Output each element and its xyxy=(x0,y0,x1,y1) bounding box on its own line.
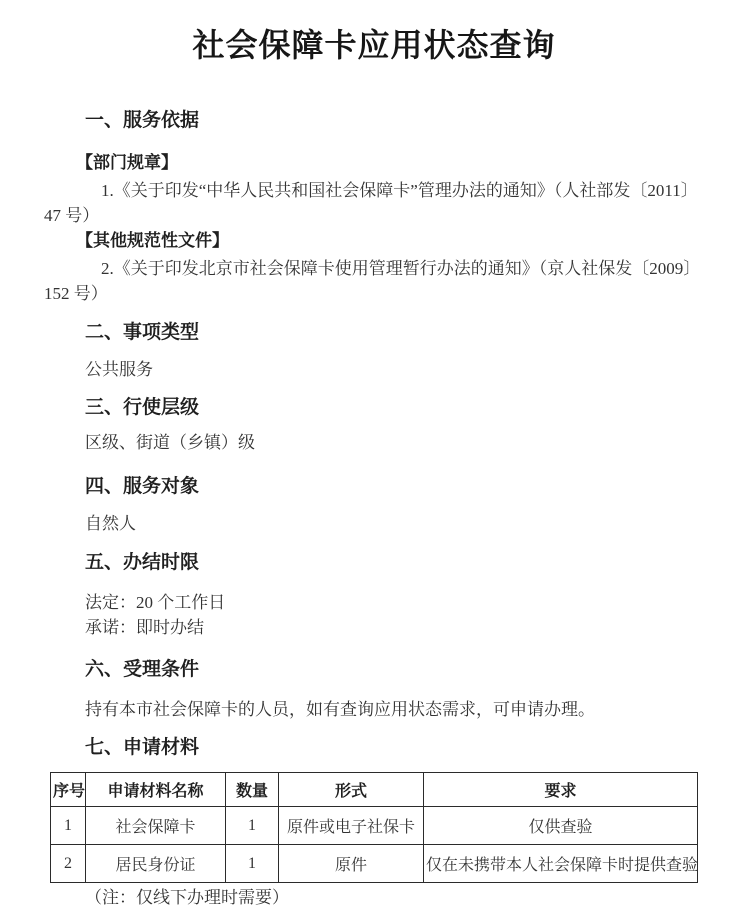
row-2-sequence: 2 xyxy=(51,845,86,883)
materials-table-row-1: 1 社会保障卡 1 原件或电子社保卡 仅供查验 xyxy=(51,807,698,845)
header-cell-sequence: 序号 xyxy=(51,773,86,807)
row-2-requirement: 仅在未携带本人社会保障卡时提供查验 xyxy=(424,845,698,883)
row-2-form: 原件 xyxy=(279,845,424,883)
row-1-sequence: 1 xyxy=(51,807,86,845)
section-heading-exercise-level: 三、行使层级 xyxy=(85,395,704,421)
document-page: 社会保障卡应用状态查询 一、服务依据 【部门规章】 1.《关于印发“中华人民共和… xyxy=(0,0,748,908)
row-2-quantity: 1 xyxy=(226,845,279,883)
section-heading-acceptance-conditions: 六、受理条件 xyxy=(85,657,704,683)
reference-2: 2.《关于印发北京市社会保障卡使用管理暂行办法的通知》（京人社保发〔2009〕 … xyxy=(44,256,704,306)
row-1-form: 原件或电子社保卡 xyxy=(279,807,424,845)
document-title: 社会保障卡应用状态查询 xyxy=(44,28,704,62)
reference-2-line-2: 152 号） xyxy=(44,281,704,306)
materials-table-note: （注：仅线下办理时需要） xyxy=(85,887,704,908)
header-cell-form: 形式 xyxy=(279,773,424,807)
section-heading-application-materials: 七、申请材料 xyxy=(85,735,704,761)
reference-1-line-1: 1.《关于印发“中华人民共和国社会保障卡”管理办法的通知》（人社部发〔2011〕 xyxy=(44,178,704,203)
exercise-level-value: 区级、街道（乡镇）级 xyxy=(85,431,704,455)
materials-table: 序号 申请材料名称 数量 形式 要求 1 社会保障卡 1 原件或电子社保卡 仅供… xyxy=(50,772,698,883)
header-cell-quantity: 数量 xyxy=(226,773,279,807)
label-department-rules: 【部门规章】 xyxy=(76,152,704,174)
row-1-material-name: 社会保障卡 xyxy=(86,807,226,845)
materials-table-row-2: 2 居民身份证 1 原件 仅在未携带本人社会保障卡时提供查验 xyxy=(51,845,698,883)
header-cell-requirement: 要求 xyxy=(424,773,698,807)
section-heading-service-target: 四、服务对象 xyxy=(85,474,704,500)
reference-2-line-1: 2.《关于印发北京市社会保障卡使用管理暂行办法的通知》（京人社保发〔2009〕 xyxy=(44,256,704,281)
row-1-requirement: 仅供查验 xyxy=(424,807,698,845)
header-cell-material-name: 申请材料名称 xyxy=(86,773,226,807)
promised-time-value: 承诺：即时办结 xyxy=(85,616,704,640)
row-2-material-name: 居民身份证 xyxy=(86,845,226,883)
reference-1-line-2: 47 号） xyxy=(44,203,704,228)
section-heading-service-basis: 一、服务依据 xyxy=(85,108,704,134)
acceptance-conditions-text: 持有本市社会保障卡的人员，如有查询应用状态需求，可申请办理。 xyxy=(85,698,704,722)
service-target-value: 自然人 xyxy=(85,512,704,536)
section-heading-completion-time: 五、办结时限 xyxy=(85,550,704,576)
materials-table-header-row: 序号 申请材料名称 数量 形式 要求 xyxy=(51,773,698,807)
item-type-value: 公共服务 xyxy=(85,358,704,382)
statutory-time-value: 法定：20 个工作日 xyxy=(85,591,704,615)
label-other-normative-documents: 【其他规范性文件】 xyxy=(76,230,704,252)
section-heading-item-type: 二、事项类型 xyxy=(85,320,704,346)
reference-1: 1.《关于印发“中华人民共和国社会保障卡”管理办法的通知》（人社部发〔2011〕… xyxy=(44,178,704,228)
row-1-quantity: 1 xyxy=(226,807,279,845)
